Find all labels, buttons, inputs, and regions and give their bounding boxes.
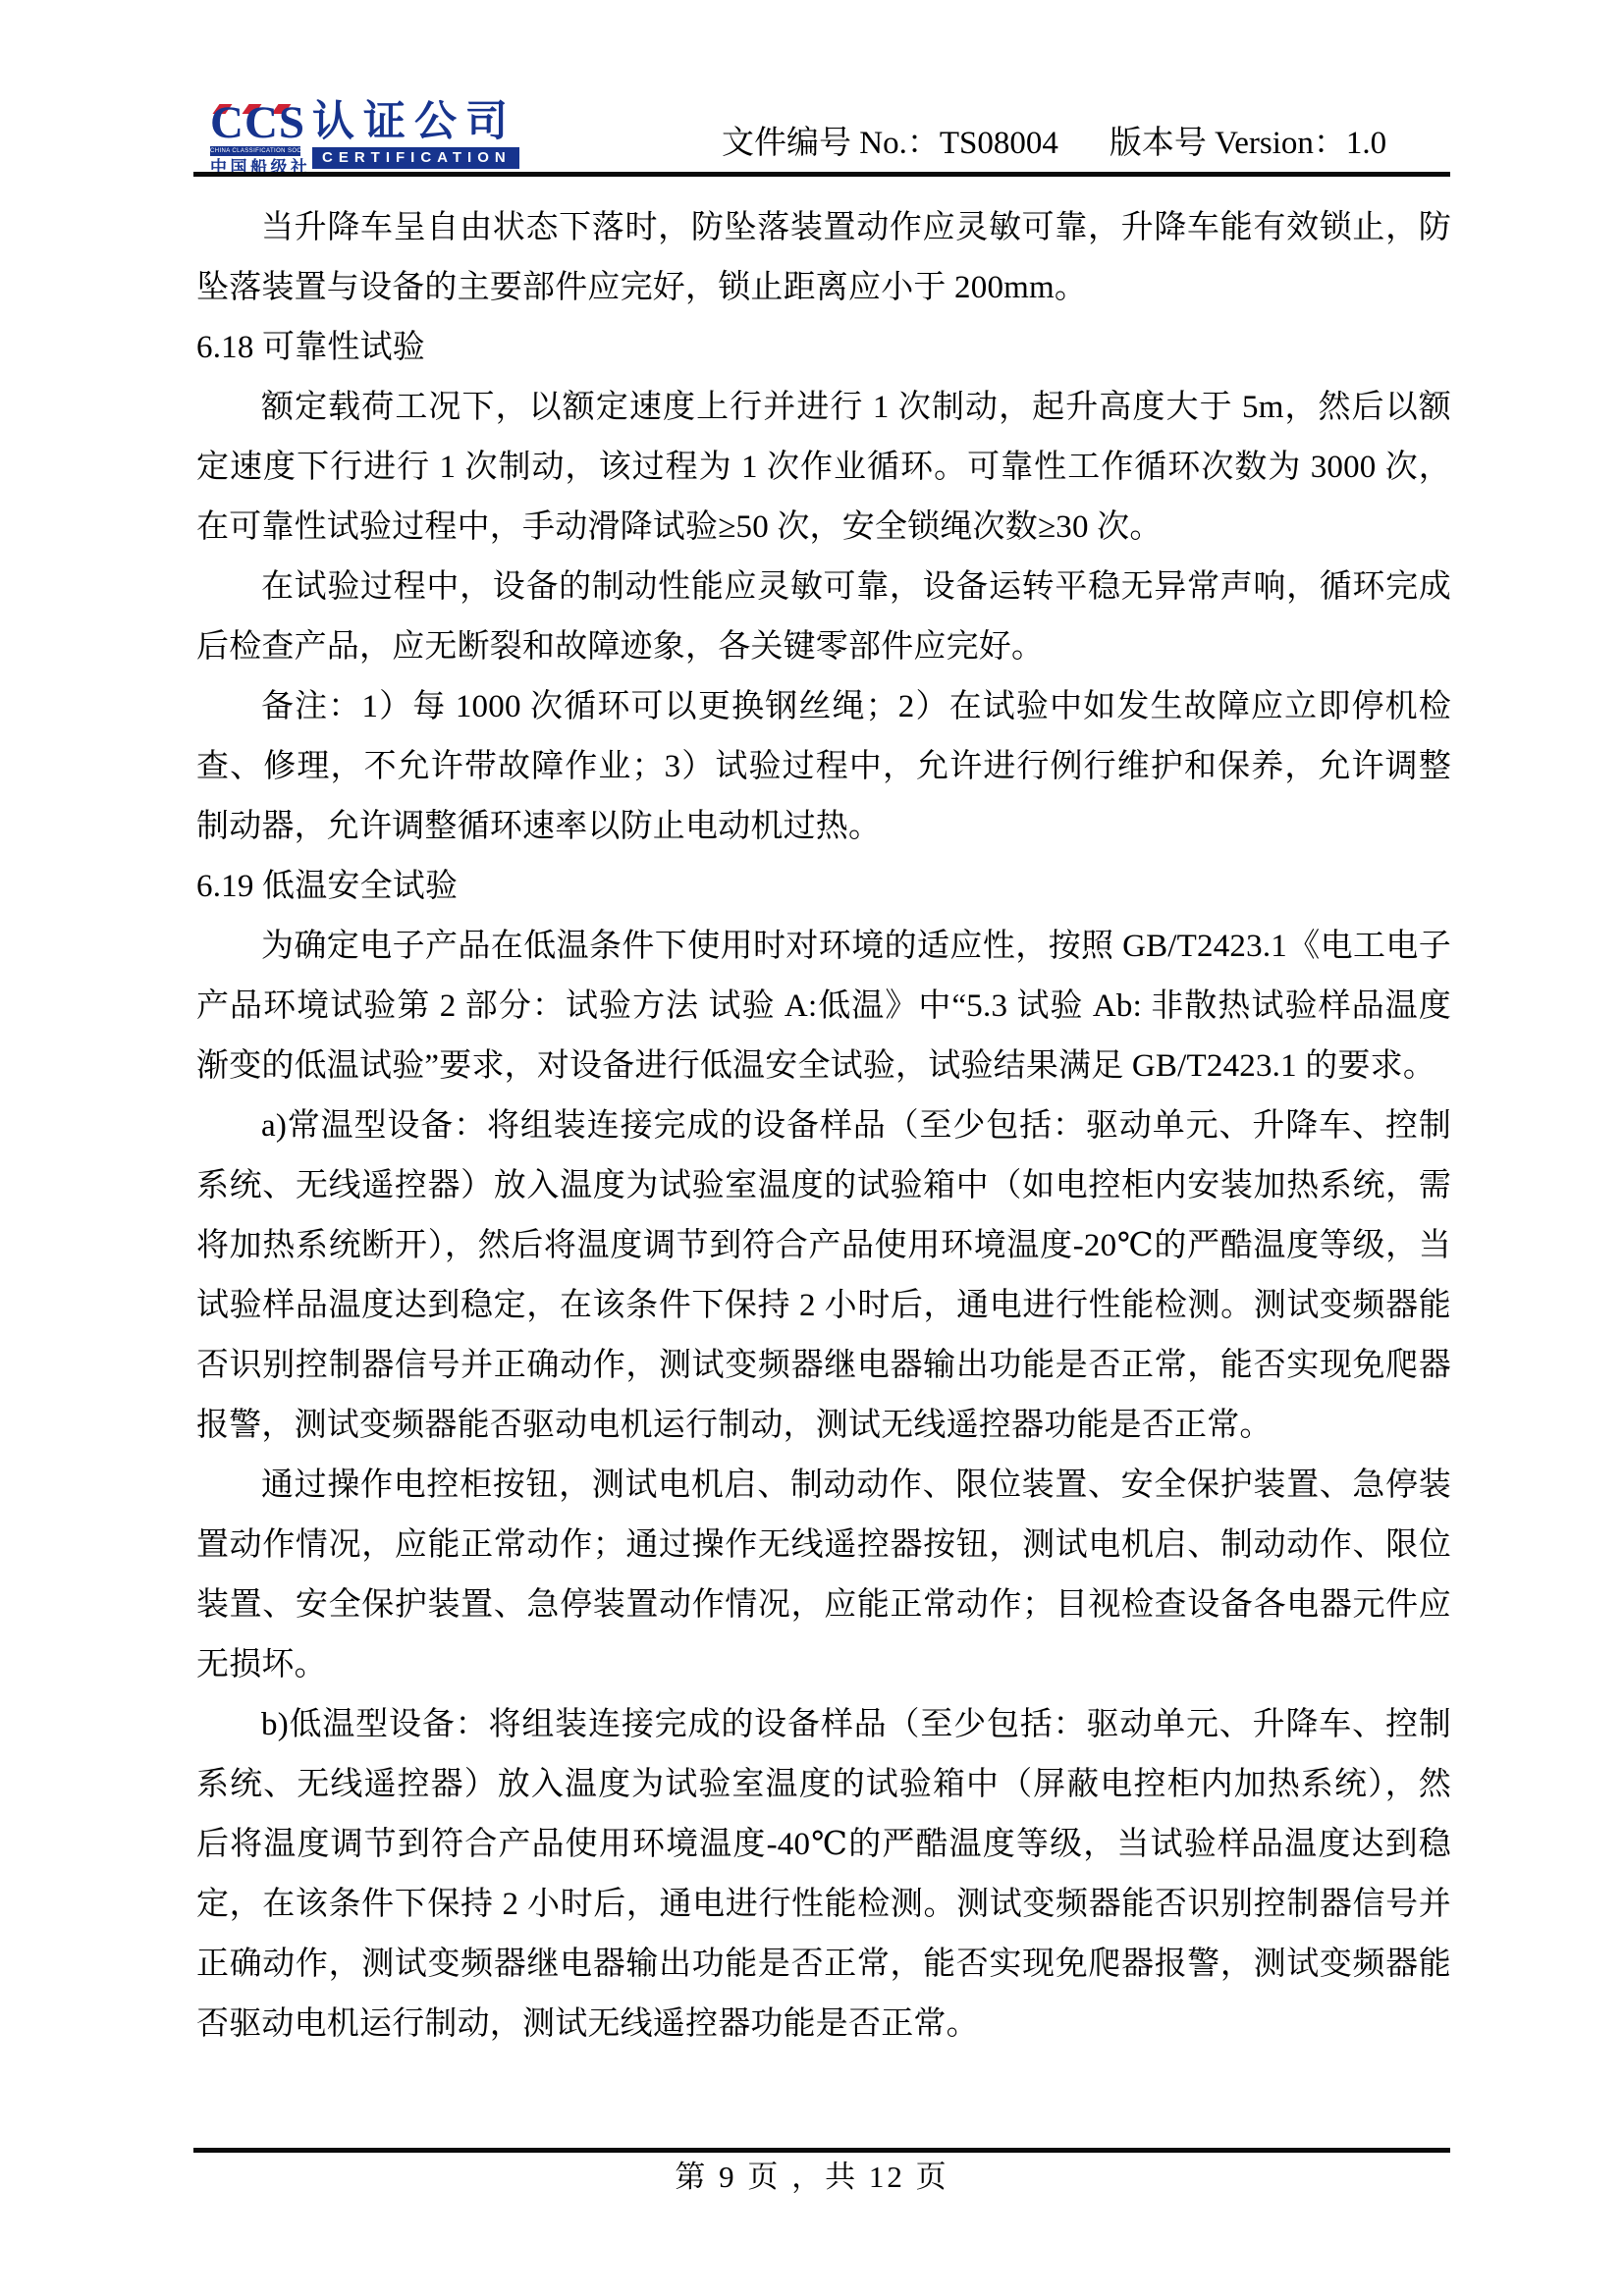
document-body: 当升降车呈自由状态下落时，防坠落装置动作应灵敏可靠，升降车能有效锁止，防坠落装置… [196,198,1451,2055]
document-meta: 文件编号 No.：TS08004 版本号 Version：1.0 [722,124,1386,163]
ccs-logo-left: CCS CHINA CLASSIFICATION SOCIETY 中国船级社 [210,102,300,177]
body-paragraph: 额定载荷工况下，以额定速度上行并进行 1 次制动，起升高度大于 5m，然后以额定… [196,378,1451,558]
body-paragraph: b)低温型设备：将组装连接完成的设备样品（至少包括：驱动单元、升降车、控制系统、… [196,1695,1451,2055]
page-number: 第 9 页 ，共 12 页 [0,2158,1624,2197]
body-paragraph: 当升降车呈自由状态下落时，防坠落装置动作应灵敏可靠，升降车能有效锁止，防坠落装置… [196,198,1451,318]
ccs-letters: CCS [210,97,305,148]
company-name-cn: 认证公司 [312,102,519,143]
doc-number: 文件编号 No.：TS08004 [722,124,1058,163]
footer-rule [193,2148,1450,2153]
ccs-logo: CCS CHINA CLASSIFICATION SOCIETY 中国船级社 认… [210,102,519,177]
company-name-en: CERTIFICATION [312,147,519,169]
header-rule [193,172,1450,177]
section-heading: 6.18 可靠性试验 [196,318,1451,378]
body-paragraph: 为确定电子产品在低温条件下使用时对环境的适应性，按照 GB/T2423.1《电工… [196,917,1451,1096]
body-paragraph: 在试验过程中，设备的制动性能应灵敏可靠，设备运转平稳无异常声响，循环完成后检查产… [196,558,1451,677]
body-paragraph: 备注：1）每 1000 次循环可以更换钢丝绳；2）在试验中如发生故障应立即停机检… [196,677,1451,857]
body-paragraph: a)常温型设备：将组装连接完成的设备样品（至少包括：驱动单元、升降车、控制系统、… [196,1096,1451,1456]
ccs-wordmark: CCS [210,102,300,143]
ccs-logo-right: 认证公司 CERTIFICATION [312,102,519,177]
document-page: CCS CHINA CLASSIFICATION SOCIETY 中国船级社 认… [0,0,1624,2296]
body-paragraph: 通过操作电控柜按钮，测试电机启、制动动作、限位装置、安全保护装置、急停装置动作情… [196,1456,1451,1695]
doc-version: 版本号 Version：1.0 [1110,124,1386,163]
section-heading: 6.19 低温安全试验 [196,857,1451,917]
